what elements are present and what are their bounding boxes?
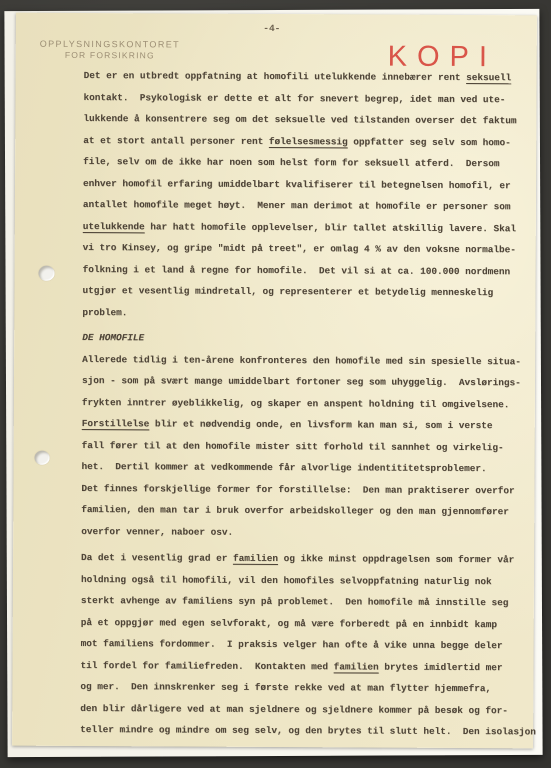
- text-line: mot familiens fordommer. I praksis velge…: [81, 633, 543, 657]
- text-line: familien, den man tar i bruk overfor arb…: [81, 499, 543, 523]
- text-line: het. Dertil kommer at vedkommende får al…: [81, 456, 543, 480]
- photo-background: -4- OPPLYSNINGSKONTORET FOR FORSIKRING K…: [0, 0, 551, 768]
- punch-hole-bottom: [35, 451, 50, 465]
- text-line: folkning i et land å regne for homofile.…: [83, 258, 545, 282]
- text-line: teller mindre og mindre om seg selv, og …: [80, 719, 542, 743]
- paragraph: Det er en utbredt oppfatning at homofili…: [82, 65, 545, 325]
- text-line: sterkt avhenge av familiens syn på probl…: [81, 590, 543, 614]
- text-line: Det finnes forskjellige former for forst…: [81, 477, 543, 501]
- document-page: -4- OPPLYSNINGSKONTORET FOR FORSIKRING K…: [12, 13, 537, 749]
- letterhead: OPPLYSNINGSKONTORET FOR FORSIKRING: [40, 39, 180, 61]
- text-line: Allerede tidlig i ten-årene konfronteres…: [82, 348, 544, 372]
- paragraph: Allerede tidlig i ten-årene konfronteres…: [81, 348, 544, 544]
- text-line: lukkende å konsentrere seg om det seksue…: [83, 108, 545, 132]
- page-number: -4-: [252, 23, 292, 34]
- text-line: problem.: [82, 301, 544, 325]
- text-line: den blir dårligere ved at man sjeldnere …: [80, 697, 542, 721]
- text-line: file, selv om de ikke har noen som helst…: [83, 151, 545, 175]
- text-line: DE HOMOFILE: [82, 327, 544, 351]
- paragraph: Da det i vesentlig grad er familien og i…: [80, 547, 543, 743]
- letterhead-org-name: OPPLYSNINGSKONTORET: [40, 39, 180, 50]
- text-line: kontakt. Psykologisk er dette et alt for…: [83, 86, 545, 110]
- text-line: vi tro Kinsey, og gripe "midt på treet",…: [83, 237, 545, 261]
- text-line: holdning også til homofili, vil den homo…: [81, 568, 543, 592]
- text-line: antallet homofile meget høyt. Mener man …: [83, 194, 545, 218]
- letterhead-org-subtitle: FOR FORSIKRING: [40, 50, 180, 61]
- text-line: utgjør et vesentlig mindretall, og repre…: [82, 280, 544, 304]
- text-line: sjon - som på svært mange umiddelbart fo…: [82, 370, 544, 394]
- text-line: at et stort antall personer rent følelse…: [83, 129, 545, 153]
- text-line: på et oppgjør med egen selvforakt, og må…: [81, 611, 543, 635]
- text-line: Da det i vesentlig grad er familien og i…: [81, 547, 543, 571]
- text-line: fall fører til at den homofile mister si…: [82, 434, 544, 458]
- text-line: og mer. Den innskrenker seg i første rek…: [80, 676, 542, 700]
- document-body: Det er en utbredt oppfatning at homofili…: [80, 65, 546, 743]
- text-line: enhver homofil erfaring umiddelbart kval…: [83, 172, 545, 196]
- text-line: Forstillelse blir et nødvendig onde, en …: [82, 413, 544, 437]
- text-line: Det er en utbredt oppfatning at homofili…: [84, 65, 546, 89]
- text-line: til fordel for familiefreden. Kontakten …: [80, 654, 542, 678]
- section-heading: DE HOMOFILE: [82, 327, 544, 351]
- punch-hole-top: [39, 266, 55, 281]
- text-line: frykten inntrer øyeblikkelig, og skaper …: [82, 391, 544, 415]
- text-line: utelukkende har hatt homofile opplevelse…: [83, 215, 545, 239]
- text-line: overfor venner, naboer osv.: [81, 520, 543, 544]
